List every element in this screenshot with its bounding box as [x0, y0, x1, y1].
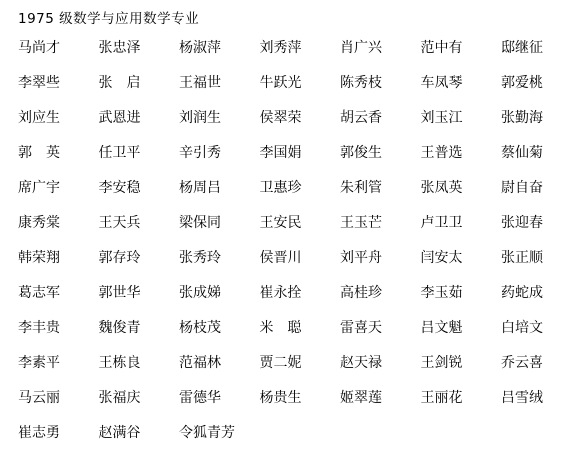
roster-name: 张迎春: [501, 215, 580, 250]
roster-name: 贾二妮: [260, 355, 341, 390]
roster-name: 卫惠珍: [260, 180, 341, 215]
roster-name: 吕文魁: [421, 320, 502, 355]
roster-name: 乔云喜: [501, 355, 580, 390]
roster-name: 杨周吕: [179, 180, 260, 215]
roster-name: 杨贵生: [260, 390, 341, 425]
roster-name: 崔永拴: [260, 285, 341, 320]
roster-name: 魏俊青: [99, 320, 180, 355]
roster-name: 席广宇: [18, 180, 99, 215]
roster-name: 米 聪: [260, 320, 341, 355]
roster-name: 侯晋川: [260, 250, 341, 285]
roster-name: 杨淑萍: [179, 40, 260, 75]
roster-name: 尉自奋: [501, 180, 580, 215]
roster-name: 令狐青芳: [179, 425, 260, 453]
roster-name: 郭俊生: [340, 145, 421, 180]
roster-name: 高桂珍: [340, 285, 421, 320]
roster-name: 雷喜天: [340, 320, 421, 355]
roster-name: 任卫平: [99, 145, 180, 180]
roster-name: 李丰贵: [18, 320, 99, 355]
roster-name: 朱利管: [340, 180, 421, 215]
roster-name: 郭爱桃: [501, 75, 580, 110]
roster-name: 车凤琴: [421, 75, 502, 110]
roster-name: 邸继征: [501, 40, 580, 75]
roster-name: 郭存玲: [99, 250, 180, 285]
roster-name: 张忠泽: [99, 40, 180, 75]
roster-name: 康秀棠: [18, 215, 99, 250]
roster-name: 赵满谷: [99, 425, 180, 453]
roster-name: 李素平: [18, 355, 99, 390]
roster-name: 马云丽: [18, 390, 99, 425]
roster-name: 张正顺: [501, 250, 580, 285]
roster-name: 刘应生: [18, 110, 99, 145]
roster-name: 李国娟: [260, 145, 341, 180]
roster-name: 肖广兴: [340, 40, 421, 75]
roster-name: 赵天禄: [340, 355, 421, 390]
roster-name: 闫安太: [421, 250, 502, 285]
roster-name: 葛志军: [18, 285, 99, 320]
roster-name: 李翠些: [18, 75, 99, 110]
roster-name: 牛跃光: [260, 75, 341, 110]
roster-name: 梁保同: [179, 215, 260, 250]
roster-name: 张凤英: [421, 180, 502, 215]
roster-name: 胡云香: [340, 110, 421, 145]
roster-name: 吕雪绒: [501, 390, 580, 425]
roster-grid: 马尚才张忠泽杨淑萍刘秀萍肖广兴范中有邸继征李翠些张 启王福世牛跃光陈秀枝车凤琴郭…: [18, 40, 580, 453]
roster-name: 蔡仙菊: [501, 145, 580, 180]
page-title: 1975 级数学与应用数学专业: [18, 7, 199, 27]
roster-name: 张秀玲: [179, 250, 260, 285]
roster-name: 李安稳: [99, 180, 180, 215]
roster-name: 张勤海: [501, 110, 580, 145]
roster-name: 范福林: [179, 355, 260, 390]
roster-name: 王安民: [260, 215, 341, 250]
roster-name: 雷德华: [179, 390, 260, 425]
roster-name: 刘润生: [179, 110, 260, 145]
roster-page: 1975 级数学与应用数学专业 马尚才张忠泽杨淑萍刘秀萍肖广兴范中有邸继征李翠些…: [0, 0, 580, 453]
roster-name: 武恩进: [99, 110, 180, 145]
roster-name: 刘秀萍: [260, 40, 341, 75]
roster-name: 王天兵: [99, 215, 180, 250]
roster-name: 辛引秀: [179, 145, 260, 180]
roster-name: 陈秀枝: [340, 75, 421, 110]
roster-name: 张福庆: [99, 390, 180, 425]
roster-name: 药蛇成: [501, 285, 580, 320]
roster-name: 张成娣: [179, 285, 260, 320]
roster-name: 崔志勇: [18, 425, 99, 453]
roster-name: 张 启: [99, 75, 180, 110]
roster-name: 卢卫卫: [421, 215, 502, 250]
roster-name: 王普选: [421, 145, 502, 180]
roster-name: 王丽花: [421, 390, 502, 425]
roster-name: 郭 英: [18, 145, 99, 180]
roster-name: 范中有: [421, 40, 502, 75]
roster-name: 王玉芒: [340, 215, 421, 250]
roster-name: 刘玉江: [421, 110, 502, 145]
roster-name: 白培文: [501, 320, 580, 355]
roster-name: 姬翠莲: [340, 390, 421, 425]
roster-name: 王剑锐: [421, 355, 502, 390]
roster-name: 刘平舟: [340, 250, 421, 285]
roster-name: 杨枝茂: [179, 320, 260, 355]
roster-name: 韩荣翔: [18, 250, 99, 285]
roster-name: 侯翠荣: [260, 110, 341, 145]
roster-name: 郭世华: [99, 285, 180, 320]
roster-name: 王栋良: [99, 355, 180, 390]
roster-name: 王福世: [179, 75, 260, 110]
roster-name: 李玉茹: [421, 285, 502, 320]
roster-name: 马尚才: [18, 40, 99, 75]
